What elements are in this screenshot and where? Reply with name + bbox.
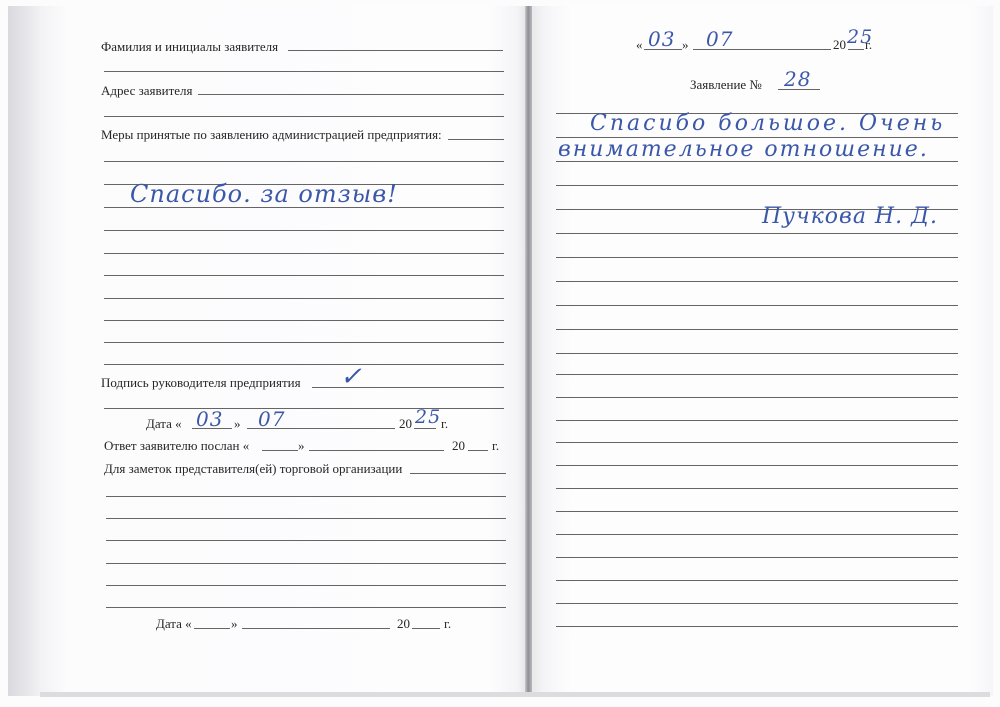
measures-line[interactable] <box>104 161 504 162</box>
notes-line[interactable] <box>106 585 506 586</box>
notes-line[interactable] <box>106 518 506 519</box>
measures-line[interactable] <box>104 298 504 299</box>
bottom-date-prefix: Дата « <box>156 616 192 631</box>
applicant-name-label: Фамилия и инициалы заявителя <box>101 39 278 54</box>
reply-sent-year-field[interactable] <box>468 450 488 451</box>
measures-handwritten-text: Спасибо. за отзыв! <box>130 180 398 208</box>
reply-sent-month-field[interactable] <box>309 450 444 451</box>
statement-line[interactable] <box>556 420 958 421</box>
notes-line[interactable] <box>106 496 506 497</box>
statement-handwritten-line-2: внимательное отношение. <box>558 137 929 162</box>
applicant-name-field-line2[interactable] <box>104 71 504 72</box>
right-date-open-quote: « <box>636 37 643 52</box>
left-page <box>8 6 526 696</box>
reply-sent-suffix: г. <box>492 438 499 453</box>
statement-line[interactable] <box>556 580 958 581</box>
measures-line[interactable] <box>104 230 504 231</box>
right-date-day-value: 03 <box>648 27 675 51</box>
manager-signature-label: Подпись руководителя предприятия <box>101 375 301 390</box>
date-prefix: Дата « <box>146 416 182 431</box>
date-year-value: 25 <box>415 406 441 428</box>
measures-label: Меры принятые по заявлению администрацие… <box>101 127 442 142</box>
reply-sent-day-field[interactable] <box>262 450 298 451</box>
right-page <box>531 6 993 696</box>
bottom-date-suffix: г. <box>444 616 451 631</box>
statement-line[interactable] <box>556 465 958 466</box>
statement-line[interactable] <box>556 329 958 330</box>
measures-line[interactable] <box>104 253 504 254</box>
statement-line[interactable] <box>556 397 958 398</box>
measures-line[interactable] <box>104 275 504 276</box>
date-mid: » <box>234 416 241 431</box>
measures-line[interactable] <box>104 364 504 365</box>
date-month-value: 07 <box>258 407 285 431</box>
applicant-address-field[interactable] <box>198 94 504 95</box>
right-date-year-prefix: 20 <box>833 37 846 52</box>
right-date-suffix: г. <box>865 37 872 52</box>
statement-line[interactable] <box>556 305 958 306</box>
measures-field-start[interactable] <box>448 139 504 140</box>
reply-sent-year-prefix: 20 <box>452 438 465 453</box>
statement-line[interactable] <box>556 557 958 558</box>
bottom-date-year-field[interactable] <box>412 628 440 629</box>
date-day-value: 03 <box>196 407 223 431</box>
right-date-year-field[interactable] <box>848 49 864 50</box>
bottom-date-month-field[interactable] <box>242 628 390 629</box>
statement-label: Заявление № <box>690 77 762 92</box>
page-bottom-edge <box>40 692 990 697</box>
applicant-address-label: Адрес заявителя <box>101 83 193 98</box>
reply-sent-prefix: Ответ заявителю послан « <box>104 438 249 453</box>
statement-line[interactable] <box>556 281 958 282</box>
applicant-handwritten-signature: Пучкова Н. Д. <box>762 204 938 229</box>
date-suffix: г. <box>441 416 448 431</box>
statement-line[interactable] <box>556 488 958 489</box>
right-date-close-quote: » <box>682 37 689 52</box>
book-spine <box>525 6 532 696</box>
notes-line[interactable] <box>106 540 506 541</box>
bottom-date-day-field[interactable] <box>194 628 230 629</box>
notes-label: Для заметок представителя(ей) торговой о… <box>104 461 402 476</box>
statement-number-value: 28 <box>784 67 811 91</box>
manager-signature-mark: ✓ <box>340 362 363 392</box>
notes-field-start[interactable] <box>410 473 506 474</box>
statement-line[interactable] <box>556 511 958 512</box>
statement-line[interactable] <box>556 257 958 258</box>
notes-line[interactable] <box>106 563 506 564</box>
statement-line[interactable] <box>556 626 958 627</box>
right-date-month-value: 07 <box>706 27 733 51</box>
statement-line[interactable] <box>556 185 958 186</box>
applicant-address-field-line2[interactable] <box>104 116 504 117</box>
bottom-date-year-prefix: 20 <box>397 616 410 631</box>
statement-line[interactable] <box>556 353 958 354</box>
statement-line[interactable] <box>556 374 958 375</box>
date-year-field[interactable] <box>414 428 436 429</box>
statement-line[interactable] <box>556 534 958 535</box>
statement-line[interactable] <box>556 603 958 604</box>
statement-handwritten-line-1: Спасибо большое. Очень <box>590 111 945 136</box>
measures-line[interactable] <box>104 342 504 343</box>
applicant-name-field[interactable] <box>288 50 503 51</box>
statement-line[interactable] <box>556 442 958 443</box>
statement-line[interactable] <box>556 233 958 234</box>
reply-sent-mid: » <box>298 438 305 453</box>
signature-line2[interactable] <box>104 408 504 409</box>
date-year-prefix: 20 <box>399 416 412 431</box>
bottom-date-mid: » <box>231 616 238 631</box>
measures-line[interactable] <box>104 320 504 321</box>
notes-line[interactable] <box>106 607 506 608</box>
